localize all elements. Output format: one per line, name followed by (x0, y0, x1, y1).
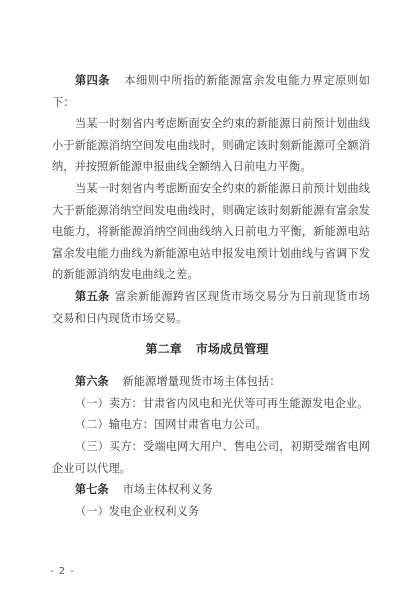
article-6-item-3: （三）买方：受端电网大用户、售电公司，初期受端省电网企业可以代理。 (52, 436, 370, 479)
chapter-title: 市场成员管理 (196, 342, 269, 356)
chapter-number: 第二章 (146, 342, 182, 356)
document-body: 第四条本细则中所指的新能源富余发电能力界定原则如下： 当某一时刻省内考虑断面安全… (52, 70, 370, 522)
article-7: 第七条市场主体权利义务 (52, 479, 370, 501)
chapter-heading: 第二章市场成员管理 (52, 338, 370, 360)
article-5-label: 第五条 (75, 290, 110, 303)
article-4-clause-2: 当某一时刻省内考虑断面安全约束的新能源日前预计划曲线大于新能源消纳空间发电曲线时… (52, 178, 370, 286)
article-6: 第六条新能源增量现货市场主体包括： (52, 371, 370, 393)
article-5: 第五条富余新能源跨省区现货市场交易分为日前现货市场交易和日内现货市场交易。 (52, 286, 370, 329)
article-6-label: 第六条 (75, 375, 109, 388)
page-number: - 2 - (50, 566, 75, 577)
article-4-clause-1: 当某一时刻省内考虑断面安全约束的新能源日前预计划曲线小于新能源消纳空间发电曲线时… (52, 113, 370, 178)
document-page: 第四条本细则中所指的新能源富余发电能力界定原则如下： 当某一时刻省内考虑断面安全… (0, 0, 420, 600)
article-7-text: 市场主体权利义务 (123, 483, 213, 496)
article-6-item-1: （一）卖方：甘肃省内风电和光伏等可再生能源发电企业。 (52, 393, 370, 415)
article-7-item-1: （一）发电企业权利义务 (52, 501, 370, 523)
article-6-item-2: （二）输电方：国网甘肃省电力公司。 (52, 414, 370, 436)
article-4-label: 第四条 (75, 74, 110, 87)
article-4: 第四条本细则中所指的新能源富余发电能力界定原则如下： (52, 70, 370, 113)
article-7-label: 第七条 (75, 483, 109, 496)
article-6-text: 新能源增量现货市场主体包括： (123, 375, 281, 388)
